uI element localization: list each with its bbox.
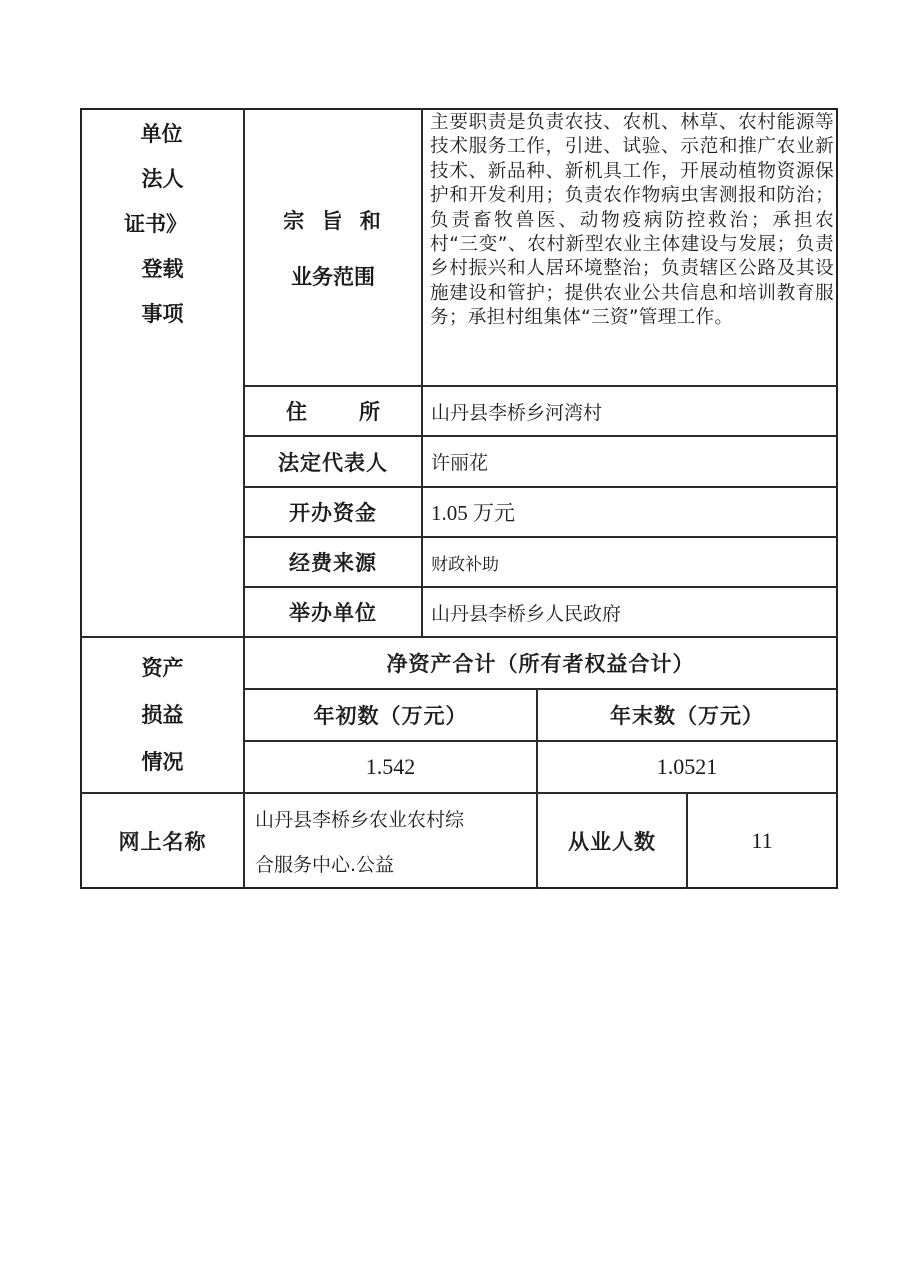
assets-side-label: 资产 损益 情况 (82, 638, 243, 792)
online-name-line: 山丹县李桥乡农业农村综 (255, 805, 464, 832)
purpose-scope-value: 主要职责是负责农技、农机、林草、农村能源等技术服务工作，引进、试验、示范和推广农… (430, 111, 834, 331)
online-name-label: 网上名称 (82, 794, 243, 887)
year-end-label: 年末数（万元） (538, 690, 836, 740)
start-capital-value: 1.05 万元 (423, 488, 836, 536)
staff-count-label: 从业人数 (538, 794, 686, 887)
staff-count-value: 11 (688, 794, 836, 887)
address-label-right: 所 (359, 396, 380, 426)
net-assets-header: 净资产合计（所有者权益合计） (245, 638, 836, 688)
online-name-line: 合服务中心.公益 (255, 850, 394, 877)
address-label-left: 住 (286, 396, 307, 426)
address-label: 住 所 (245, 387, 421, 435)
side-label-line: 资产 (142, 658, 184, 679)
legal-rep-label: 法定代表人 (245, 437, 421, 486)
address-value: 山丹县李桥乡河湾村 (423, 387, 836, 435)
purpose-scope-label: 宗 旨 和 业务范围 (245, 110, 421, 385)
side-label-line: 证书》 (124, 214, 187, 235)
year-start-value: 1.542 (245, 742, 536, 792)
online-name-value: 山丹县李桥乡农业农村综 合服务中心.公益 (245, 794, 536, 887)
side-label-line: 事项 (142, 304, 184, 325)
funding-source-value: 财政补助 (423, 538, 836, 586)
side-label-line: 损益 (142, 705, 184, 726)
side-label-line: 法人 (142, 169, 184, 190)
sponsor-value: 山丹县李桥乡人民政府 (423, 588, 836, 636)
side-label-line: 单位 (141, 124, 183, 145)
legal-rep-value: 许丽花 (423, 437, 836, 486)
document-page: 单位 法人 证书》 登载 事项 宗 旨 和 业务范围 主要职责是负责农技、农机、… (0, 0, 916, 1278)
year-end-value: 1.0521 (538, 742, 836, 792)
sponsor-label: 举办单位 (245, 588, 421, 636)
scope-label-line: 业务范围 (291, 261, 375, 291)
start-capital-label: 开办资金 (245, 488, 421, 536)
year-start-label: 年初数（万元） (245, 690, 536, 740)
side-label-line: 登载 (142, 259, 184, 280)
funding-source-label: 经费来源 (245, 538, 421, 586)
registration-side-label: 单位 法人 证书》 登载 事项 (82, 110, 243, 385)
side-label-line: 情况 (142, 752, 184, 773)
purpose-label-line: 宗 旨 和 (283, 205, 383, 235)
